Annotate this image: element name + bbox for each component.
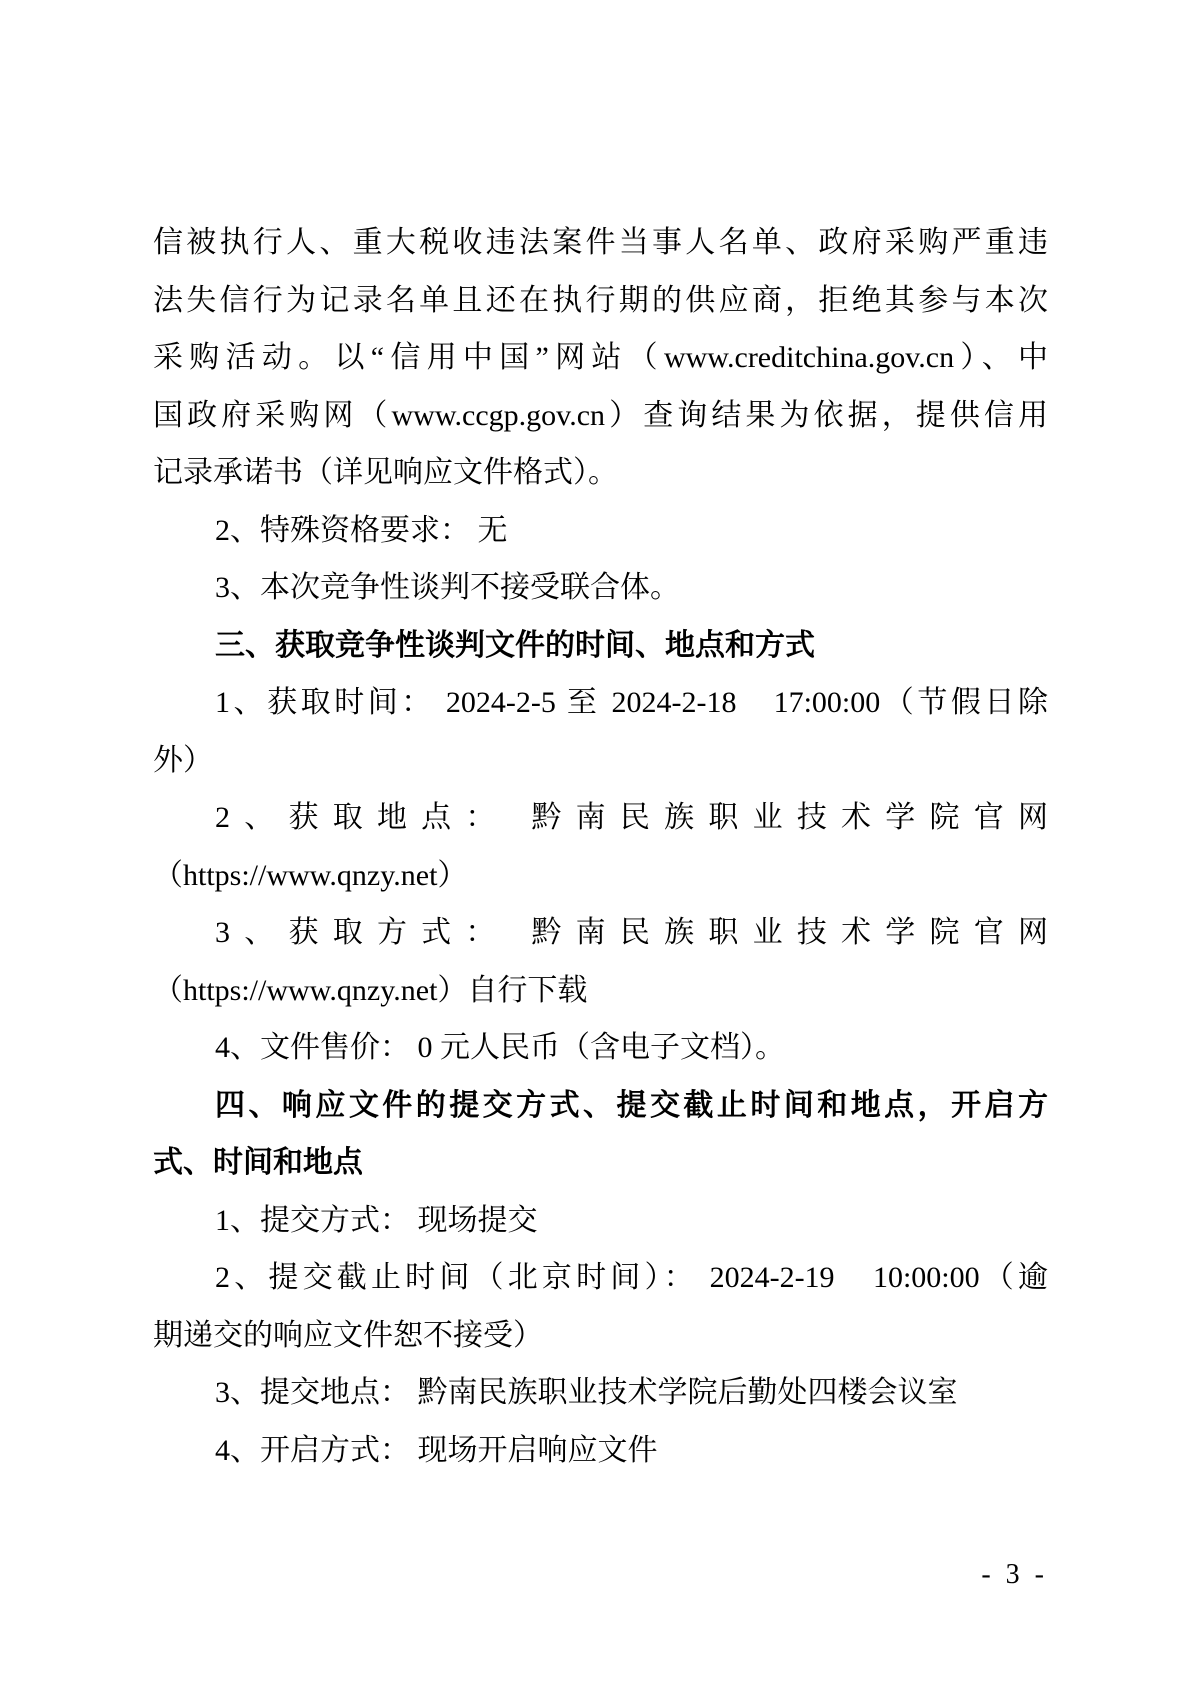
page-number: - 3 -: [981, 1558, 1048, 1592]
para-credit-record-line-4: 国政府采购网（www.ccgp.gov.cn）查询结果为依据，提供信用: [153, 387, 1048, 445]
para-credit-record-line-5: 记录承诺书（详见响应文件格式）。: [153, 444, 1048, 502]
item-submit-deadline-line-1: 2、提交截止时间（北京时间）： 2024-2-19 10:00:00（逾: [153, 1249, 1048, 1307]
item-submit-method: 1、提交方式： 现场提交: [153, 1192, 1048, 1250]
item-obtain-location-url: （https://www.qnzy.net）: [153, 847, 1048, 905]
item-obtain-time-line-2: 外）: [153, 732, 1048, 790]
document-body: 信被执行人、重大税收违法案件当事人名单、政府采购严重违 法失信行为记录名单且还在…: [153, 214, 1048, 1479]
heading-section-3: 三、获取竞争性谈判文件的时间、地点和方式: [153, 617, 1048, 675]
item-submit-location: 3、提交地点： 黔南民族职业技术学院后勤处四楼会议室: [153, 1364, 1048, 1422]
item-obtain-time-line-1: 1、获取时间： 2024-2-5 至 2024-2-18 17:00:00（节假…: [153, 674, 1048, 732]
item-no-consortium: 3、本次竞争性谈判不接受联合体。: [153, 559, 1048, 617]
item-obtain-method-url: （https://www.qnzy.net）自行下载: [153, 962, 1048, 1020]
heading-section-4-line-2: 式、时间和地点: [153, 1134, 1048, 1192]
para-credit-record-line-1: 信被执行人、重大税收违法案件当事人名单、政府采购严重违: [153, 214, 1048, 272]
item-obtain-method-line-1: 3、获取方式： 黔南民族职业技术学院官网: [153, 904, 1048, 962]
item-special-qualification: 2、特殊资格要求： 无: [153, 502, 1048, 560]
item-obtain-location-line-1: 2、获取地点： 黔南民族职业技术学院官网: [153, 789, 1048, 847]
para-credit-record-line-2: 法失信行为记录名单且还在执行期的供应商，拒绝其参与本次: [153, 272, 1048, 330]
document-page: 信被执行人、重大税收违法案件当事人名单、政府采购严重违 法失信行为记录名单且还在…: [0, 0, 1190, 1684]
item-submit-deadline-line-2: 期递交的响应文件恕不接受）: [153, 1307, 1048, 1365]
para-credit-record-line-3: 采购活动。以“信用中国”网站（www.creditchina.gov.cn）、中: [153, 329, 1048, 387]
heading-section-4-line-1: 四、响应文件的提交方式、提交截止时间和地点，开启方: [153, 1077, 1048, 1135]
item-document-price: 4、文件售价： 0 元人民币（含电子文档）。: [153, 1019, 1048, 1077]
item-open-method: 4、开启方式： 现场开启响应文件: [153, 1422, 1048, 1480]
